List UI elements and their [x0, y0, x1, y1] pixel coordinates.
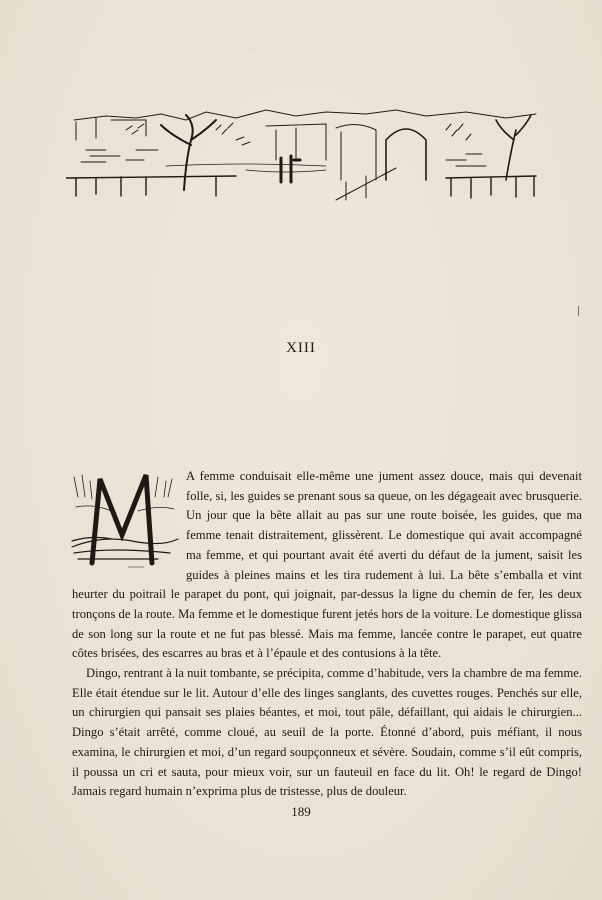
paper-speck [578, 306, 579, 316]
book-page: · [0, 0, 602, 900]
landscape-etching-icon [66, 100, 546, 205]
header-illustration [66, 100, 546, 205]
drop-cap [68, 467, 182, 571]
drop-cap-m-icon [68, 467, 182, 571]
paper-speck: · [249, 44, 252, 53]
page-number: 189 [0, 804, 602, 820]
body-text: A femme conduisait elle-même une jument … [72, 467, 582, 802]
paragraph-2: Dingo, rentrant à la nuit tombante, se p… [72, 664, 582, 802]
chapter-heading: XIII [0, 340, 602, 357]
